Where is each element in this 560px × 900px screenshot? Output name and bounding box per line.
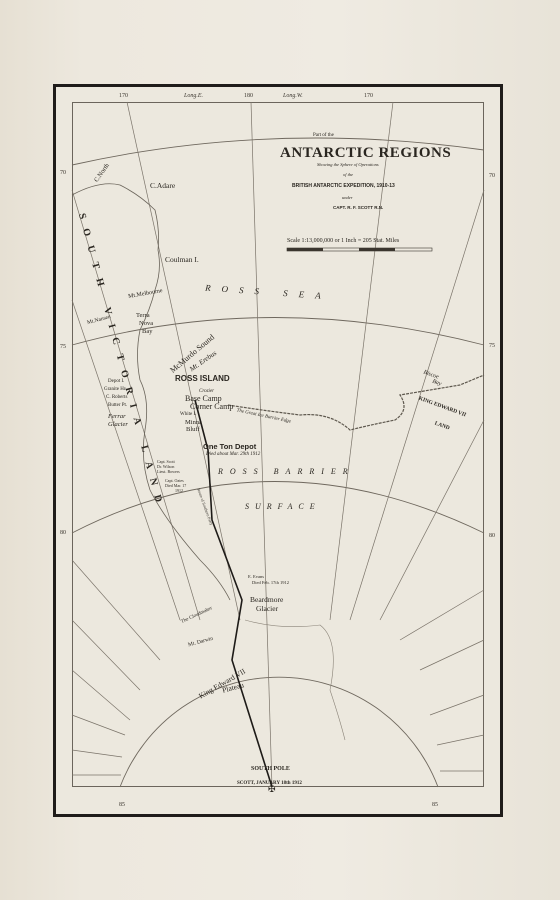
south-pole-scott-date: SCOTT, JANUARY 18th 1912 — [237, 781, 302, 786]
map-subtitle: Showing the Sphere of Operations — [317, 163, 379, 168]
latitude-70-left: 70 — [60, 170, 66, 176]
latitude-85-left: 85 — [119, 802, 125, 808]
longitude-180: 180 — [244, 93, 253, 99]
place-corner-camp: Corner Camp — [190, 403, 233, 411]
region-ross-barrier: ROSS BARRIER — [218, 468, 355, 476]
note-e-evans: E. Evans — [248, 575, 264, 580]
note-evans-died: Died Feb. 17th 1912 — [252, 581, 289, 586]
place-south-pole: SOUTH POLE — [251, 766, 290, 772]
longitude-170-left: 170 — [119, 93, 128, 99]
latitude-70-right: 70 — [489, 173, 495, 179]
region-surface: SURFACE — [245, 503, 321, 511]
map-title: ANTARCTIC REGIONS — [280, 146, 451, 161]
place-one-ton-depot: One Ton Depot — [203, 443, 256, 451]
note-oates-year: 1912 — [175, 489, 183, 493]
place-bluff: Bluff — [186, 427, 200, 434]
place-c-adare: C.Adare — [150, 182, 175, 190]
latitude-80-left: 80 — [60, 530, 66, 536]
note-lieut-bowers: Lieut. Bowers — [157, 470, 180, 474]
place-butter-point: Butter Pt. — [108, 403, 127, 408]
place-terra: Terra — [136, 313, 150, 320]
one-ton-depot-note: Died about Mar. 29th 1912 — [206, 452, 260, 457]
latitude-75-line — [72, 318, 484, 346]
captain-name: CAPT. R. F. SCOTT R.N. — [333, 206, 383, 211]
of-the-text: of the — [343, 173, 353, 178]
place-ferrar-glacier: Glacier — [108, 422, 128, 429]
place-beardmore-glacier: Glacier — [256, 605, 278, 613]
place-nova: Nova — [139, 321, 153, 328]
place-coulman-island: Coulman I. — [165, 256, 199, 264]
latitude-75-left: 75 — [60, 344, 66, 350]
place-bay: Bay — [142, 329, 152, 336]
place-ross-island: ROSS ISLAND — [175, 375, 230, 383]
under-text: under — [342, 196, 353, 201]
place-depot-island: Depot I. — [108, 379, 124, 384]
longitude-west-label: Long.W. — [283, 93, 303, 99]
longitude-east-label: Long.E. — [184, 93, 203, 99]
place-ferrar: Ferrar — [108, 414, 126, 421]
place-white-island: White I. — [180, 412, 196, 417]
place-beardmore: Beardmore — [250, 596, 283, 604]
place-c-roberts: C. Roberts — [106, 395, 127, 400]
latitude-85-right: 85 — [432, 802, 438, 808]
expedition-name: BRITISH ANTARCTIC EXPEDITION, 1910-13 — [292, 184, 395, 189]
longitude-170-right: 170 — [364, 93, 373, 99]
map-graticule: ✠ — [0, 0, 560, 900]
title-prefix: Part of the — [313, 133, 334, 138]
scale-text: Scale 1:13,000,000 or 1 Inch = 205 Stat.… — [287, 238, 399, 244]
latitude-80-right: 80 — [489, 533, 495, 539]
latitude-75-right: 75 — [489, 343, 495, 349]
place-granite-harbour: Granite Hr. — [104, 387, 127, 392]
